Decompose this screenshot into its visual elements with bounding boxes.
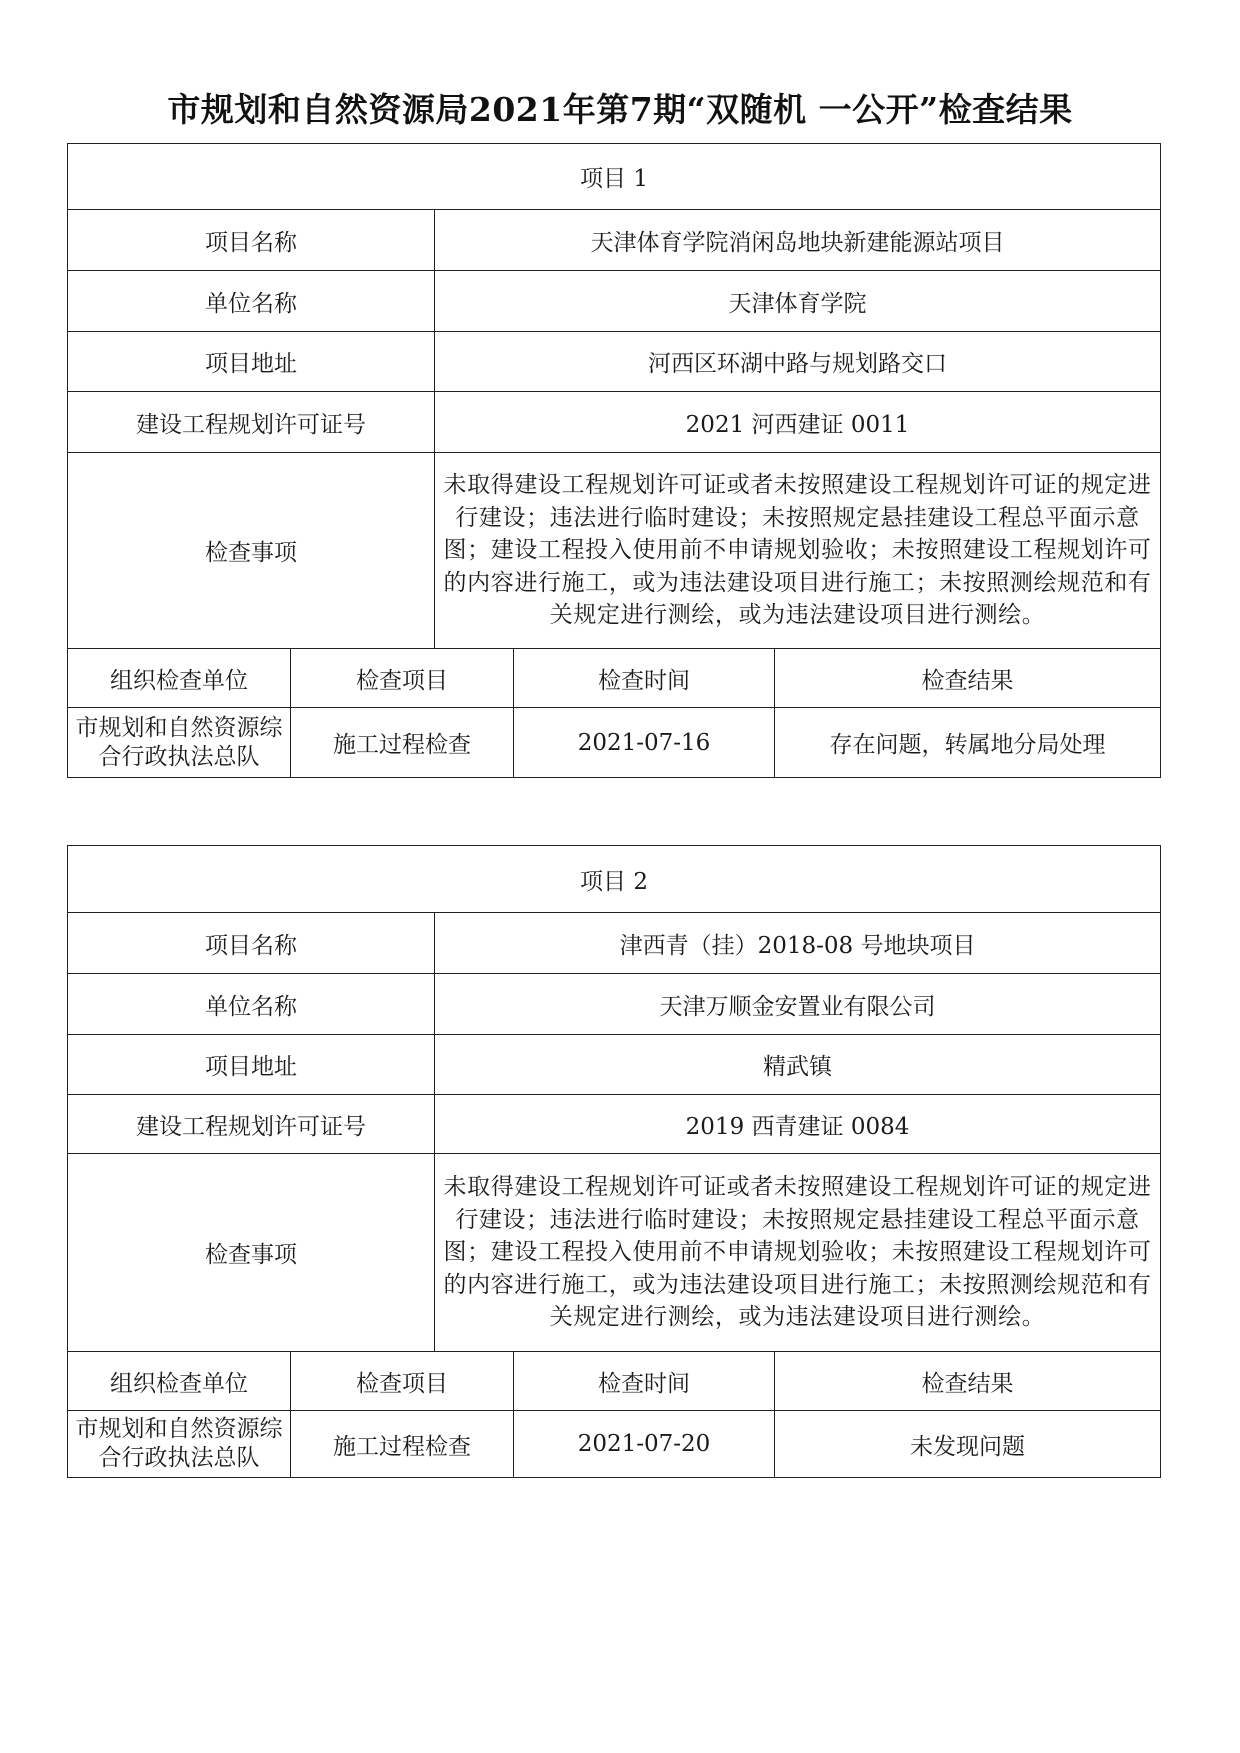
label-project-address: 项目地址 bbox=[68, 332, 435, 392]
label-inspection-matters: 检查事项 bbox=[68, 453, 435, 649]
label-inspection-matters: 检查事项 bbox=[68, 1154, 435, 1352]
value-org-unit: 市规划和自然资源综合行政执法总队 bbox=[68, 708, 291, 778]
value-org-unit: 市规划和自然资源综合行政执法总队 bbox=[68, 1411, 291, 1478]
label-project-name: 项目名称 bbox=[68, 913, 435, 974]
value-project-name: 天津体育学院消闲岛地块新建能源站项目 bbox=[435, 210, 1161, 271]
project-heading: 项目 2 bbox=[68, 846, 1161, 913]
label-project-address: 项目地址 bbox=[68, 1035, 435, 1095]
header-inspection-time: 检查时间 bbox=[514, 649, 775, 708]
value-unit-name: 天津万顺金安置业有限公司 bbox=[435, 974, 1161, 1035]
value-inspection-time: 2021-07-16 bbox=[514, 708, 775, 778]
value-unit-name: 天津体育学院 bbox=[435, 271, 1161, 332]
label-permit-no: 建设工程规划许可证号 bbox=[68, 1095, 435, 1154]
value-project-address: 河西区环湖中路与规划路交口 bbox=[435, 332, 1161, 392]
value-inspection-item: 施工过程检查 bbox=[291, 708, 514, 778]
header-org-unit: 组织检查单位 bbox=[68, 1352, 291, 1411]
header-inspection-result: 检查结果 bbox=[775, 649, 1161, 708]
value-inspection-result: 存在问题，转属地分局处理 bbox=[775, 708, 1161, 778]
header-org-unit: 组织检查单位 bbox=[68, 649, 291, 708]
project-2-table: 项目 2 项目名称 津西青（挂）2018-08 号地块项目 单位名称 天津万顺金… bbox=[67, 845, 1161, 1478]
header-inspection-result: 检查结果 bbox=[775, 1352, 1161, 1411]
project-heading: 项目 1 bbox=[68, 144, 1161, 210]
value-inspection-matters: 未取得建设工程规划许可证或者未按照建设工程规划许可证的规定进行建设；违法进行临时… bbox=[435, 1154, 1161, 1352]
label-unit-name: 单位名称 bbox=[68, 271, 435, 332]
value-inspection-time: 2021-07-20 bbox=[514, 1411, 775, 1478]
label-permit-no: 建设工程规划许可证号 bbox=[68, 392, 435, 453]
value-inspection-item: 施工过程检查 bbox=[291, 1411, 514, 1478]
value-inspection-matters: 未取得建设工程规划许可证或者未按照建设工程规划许可证的规定进行建设；违法进行临时… bbox=[435, 453, 1161, 649]
value-project-name: 津西青（挂）2018-08 号地块项目 bbox=[435, 913, 1161, 974]
page-title: 市规划和自然资源局2021年第7期“双随机 一公开”检查结果 bbox=[0, 84, 1240, 131]
value-permit-no: 2021 河西建证 0011 bbox=[435, 392, 1161, 453]
value-permit-no: 2019 西青建证 0084 bbox=[435, 1095, 1161, 1154]
header-inspection-item: 检查项目 bbox=[291, 649, 514, 708]
label-project-name: 项目名称 bbox=[68, 210, 435, 271]
project-1-table: 项目 1 项目名称 天津体育学院消闲岛地块新建能源站项目 单位名称 天津体育学院… bbox=[67, 143, 1161, 778]
label-unit-name: 单位名称 bbox=[68, 974, 435, 1035]
value-project-address: 精武镇 bbox=[435, 1035, 1161, 1095]
value-inspection-result: 未发现问题 bbox=[775, 1411, 1161, 1478]
header-inspection-time: 检查时间 bbox=[514, 1352, 775, 1411]
header-inspection-item: 检查项目 bbox=[291, 1352, 514, 1411]
